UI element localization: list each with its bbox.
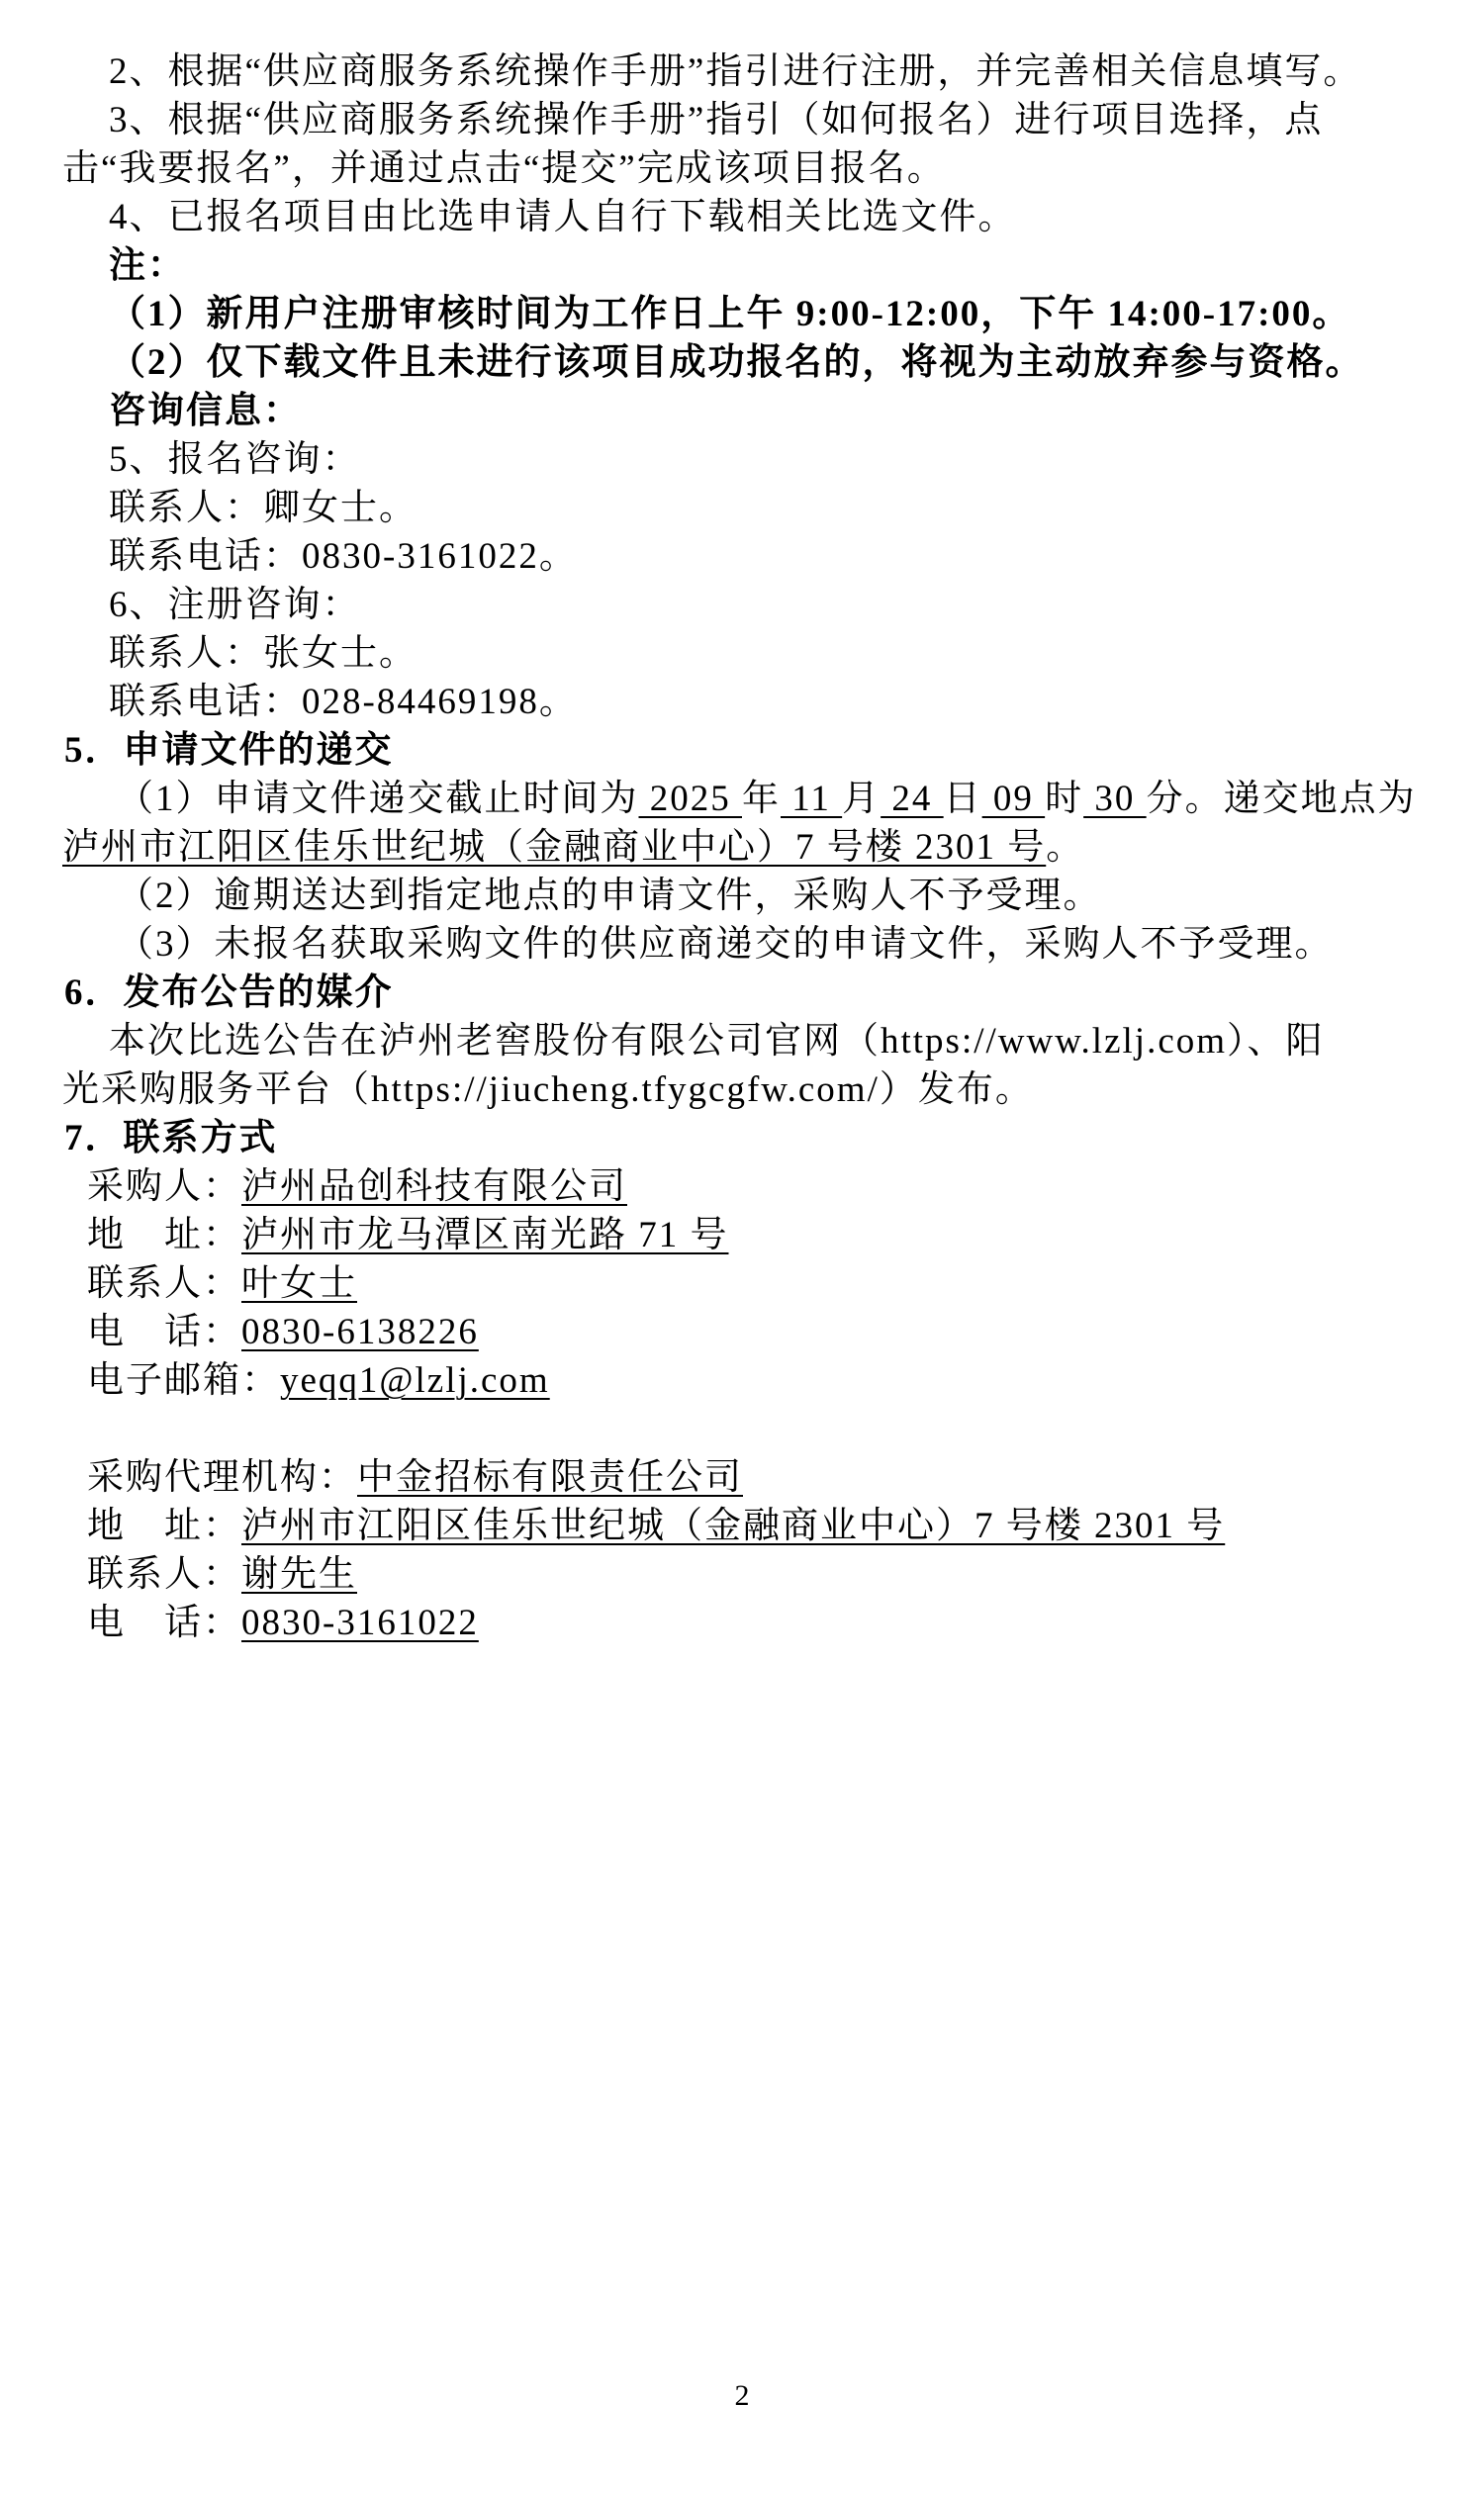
section-5-item-1: （1）申请文件递交截止时间为 2025 年 11 月 24 日 09 时 30 … bbox=[62, 775, 1425, 823]
consult-register: 6、注册咨询： bbox=[62, 581, 1425, 629]
consult-info-label: 咨询信息： bbox=[62, 387, 1425, 435]
text-run: 电子邮箱： bbox=[87, 1360, 280, 1401]
text-run: 时 bbox=[1045, 779, 1083, 819]
text-run: 本次比选公告在泸州老窖股份有限公司官网（https://www.lzlj.com… bbox=[109, 1021, 1325, 1062]
note-label: 注： bbox=[62, 241, 1425, 290]
consult-register-contact: 联系人：张女士。 bbox=[62, 629, 1425, 678]
text-run: 咨询信息： bbox=[109, 391, 302, 431]
consult-register-phone: 联系电话：028-84469198。 bbox=[62, 678, 1425, 726]
note-2: （2）仅下载文件且未进行该项目成功报名的，将视为主动放弃参与资格。 bbox=[62, 338, 1425, 387]
text-run: 击“我要报名”，并通过点击“提交”完成该项目报名。 bbox=[62, 148, 946, 189]
text-run: （1）新用户注册审核时间为工作日上午 9:00-12:00，下午 14:00-1… bbox=[109, 294, 1350, 334]
text-run: 采购代理机构： bbox=[87, 1457, 357, 1498]
underlined-text: yeqq1@lzlj.com bbox=[280, 1360, 550, 1401]
text-run: （2）仅下载文件且未进行该项目成功报名的，将视为主动放弃参与资格。 bbox=[109, 342, 1364, 383]
consult-signup-contact: 联系人：卿女士。 bbox=[62, 484, 1425, 532]
text-run: （2）逾期送达到指定地点的申请文件，采购人不予受理。 bbox=[117, 876, 1102, 916]
text-run: 。 bbox=[1046, 827, 1084, 868]
text-run: 电 话： bbox=[87, 1312, 241, 1352]
text-run: 联系人： bbox=[87, 1554, 241, 1595]
section-5-item-1-cont: 泸州市江阳区佳乐世纪城（金融商业中心）7 号楼 2301 号。 bbox=[62, 823, 1425, 872]
para-step-2: 2、根据“供应商服务系统操作手册”指引进行注册，并完善相关信息填写。 bbox=[62, 47, 1425, 96]
document-page: 2、根据“供应商服务系统操作手册”指引进行注册，并完善相关信息填写。3、根据“供… bbox=[0, 0, 1484, 2496]
note-1: （1）新用户注册审核时间为工作日上午 9:00-12:00，下午 14:00-1… bbox=[62, 290, 1425, 338]
text-run: 联系人： bbox=[87, 1263, 241, 1304]
text-run: 6、注册咨询： bbox=[109, 585, 361, 625]
underlined-text: 中金招标有限责任公司 bbox=[357, 1457, 743, 1498]
underlined-text: 0830-3161022 bbox=[241, 1603, 479, 1643]
section-6-body-cont: 光采购服务平台（https://jiucheng.tfygcgfw.com/）发… bbox=[62, 1065, 1425, 1114]
underlined-text: 谢先生 bbox=[241, 1554, 357, 1595]
text-run: 2、根据“供应商服务系统操作手册”指引进行注册，并完善相关信息填写。 bbox=[109, 51, 1361, 92]
section-5-item-3: （3）未报名获取采购文件的供应商递交的申请文件，采购人不予受理。 bbox=[62, 920, 1425, 969]
section-5-heading: 5．申请文件的递交 bbox=[62, 726, 1425, 775]
underlined-text: 11 bbox=[781, 779, 842, 819]
text-run: 日 bbox=[944, 779, 982, 819]
para-step-3-cont: 击“我要报名”，并通过点击“提交”完成该项目报名。 bbox=[62, 144, 1425, 193]
underlined-text: 泸州市江阳区佳乐世纪城（金融商业中心）7 号楼 2301 号 bbox=[241, 1506, 1225, 1546]
text-run: 年 bbox=[742, 779, 781, 819]
purchaser-contact: 联系人：叶女士 bbox=[62, 1259, 1425, 1308]
para-step-3: 3、根据“供应商服务系统操作手册”指引（如何报名）进行项目选择，点 bbox=[62, 96, 1425, 144]
consult-signup: 5、报名咨询： bbox=[62, 435, 1425, 484]
underlined-text: 泸州市江阳区佳乐世纪城（金融商业中心）7 号楼 2301 号 bbox=[62, 827, 1046, 868]
underlined-text: 30 bbox=[1083, 779, 1147, 819]
purchaser-address: 地 址：泸州市龙马潭区南光路 71 号 bbox=[62, 1211, 1425, 1259]
page-number: 2 bbox=[0, 2376, 1484, 2416]
text-run: 5、报名咨询： bbox=[109, 439, 361, 480]
text-run: 联系电话：0830-3161022。 bbox=[109, 536, 578, 577]
purchaser-name: 采购人：泸州品创科技有限公司 bbox=[62, 1162, 1425, 1211]
text-run: 地 址： bbox=[87, 1506, 241, 1546]
agency-contact: 联系人：谢先生 bbox=[62, 1550, 1425, 1599]
underlined-text: 2025 bbox=[639, 779, 743, 819]
text-run: 联系人：卿女士。 bbox=[109, 488, 417, 528]
text-run: 地 址： bbox=[87, 1215, 241, 1255]
underlined-text: 叶女士 bbox=[241, 1263, 357, 1304]
para-step-4: 4、已报名项目由比选申请人自行下载相关比选文件。 bbox=[62, 193, 1425, 241]
section-6-heading: 6．发布公告的媒介 bbox=[62, 969, 1425, 1017]
underlined-text: 泸州品创科技有限公司 bbox=[241, 1166, 627, 1207]
spacer bbox=[62, 1405, 1425, 1453]
section-6-body: 本次比选公告在泸州老窖股份有限公司官网（https://www.lzlj.com… bbox=[62, 1017, 1425, 1065]
text-run: 月 bbox=[842, 779, 881, 819]
underlined-text: 09 bbox=[982, 779, 1046, 819]
text-run: 联系电话：028-84469198。 bbox=[109, 682, 578, 722]
text-run: 3、根据“供应商服务系统操作手册”指引（如何报名）进行项目选择，点 bbox=[109, 100, 1323, 140]
text-run: 4、已报名项目由比选申请人自行下载相关比选文件。 bbox=[109, 197, 1017, 237]
section-7-heading: 7．联系方式 bbox=[62, 1114, 1425, 1162]
underlined-text: 24 bbox=[881, 779, 944, 819]
text-run: 采购人： bbox=[87, 1166, 241, 1207]
text-run: （1）申请文件递交截止时间为 bbox=[117, 779, 639, 819]
text-run: 联系人：张女士。 bbox=[109, 633, 417, 674]
purchaser-email: 电子邮箱：yeqq1@lzlj.com bbox=[62, 1356, 1425, 1405]
consult-signup-phone: 联系电话：0830-3161022。 bbox=[62, 532, 1425, 581]
section-5-item-2: （2）逾期送达到指定地点的申请文件，采购人不予受理。 bbox=[62, 872, 1425, 920]
text-run: 电 话： bbox=[87, 1603, 241, 1643]
text-run: 注： bbox=[109, 245, 186, 286]
text-run: 7．联系方式 bbox=[64, 1118, 278, 1158]
text-run: 光采购服务平台（https://jiucheng.tfygcgfw.com/）发… bbox=[62, 1069, 1034, 1110]
agency-phone: 电 话：0830-3161022 bbox=[62, 1599, 1425, 1647]
underlined-text: 0830-6138226 bbox=[241, 1312, 479, 1352]
agency-address: 地 址：泸州市江阳区佳乐世纪城（金融商业中心）7 号楼 2301 号 bbox=[62, 1502, 1425, 1550]
underlined-text: 泸州市龙马潭区南光路 71 号 bbox=[241, 1215, 729, 1255]
text-run: 6．发布公告的媒介 bbox=[64, 972, 394, 1013]
text-run: 分。递交地点为 bbox=[1147, 779, 1417, 819]
purchaser-phone: 电 话：0830-6138226 bbox=[62, 1308, 1425, 1356]
agency-name: 采购代理机构：中金招标有限责任公司 bbox=[62, 1453, 1425, 1502]
text-run: 5．申请文件的递交 bbox=[64, 730, 394, 771]
document-body: 2、根据“供应商服务系统操作手册”指引进行注册，并完善相关信息填写。3、根据“供… bbox=[62, 47, 1425, 1647]
text-run: （3）未报名获取采购文件的供应商递交的申请文件，采购人不予受理。 bbox=[117, 924, 1334, 965]
